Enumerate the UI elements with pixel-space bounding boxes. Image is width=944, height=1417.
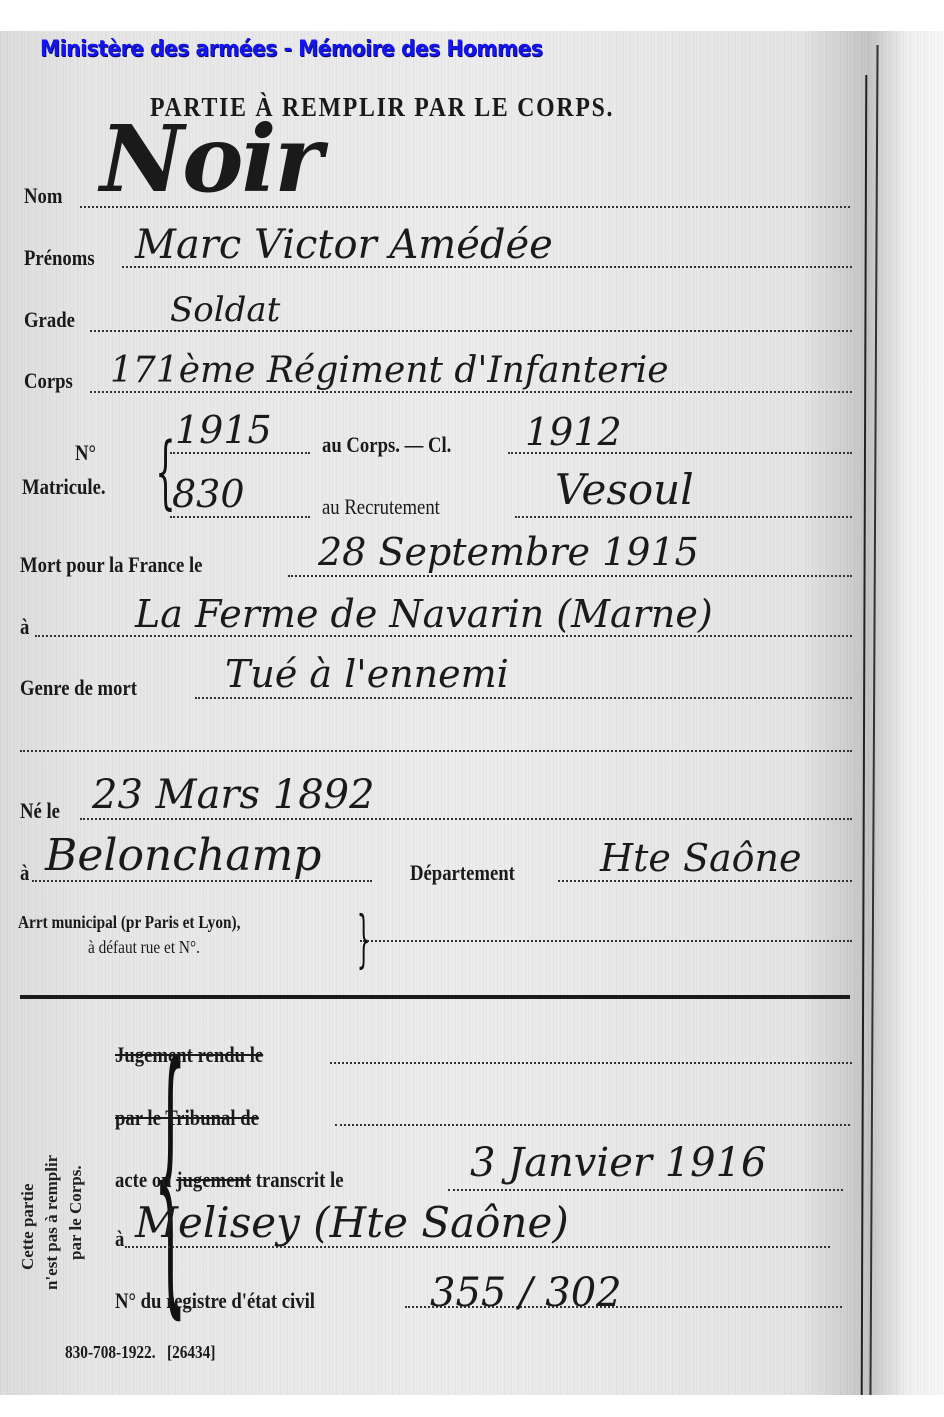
- arrondissement-brace: {: [357, 902, 371, 975]
- form-print-code: 830-708-1922. [26434]: [65, 1342, 215, 1363]
- matricule-corps-line: [170, 452, 310, 454]
- corps-label: Corps: [24, 368, 73, 394]
- jugement-label: Jugement rendu le: [115, 1042, 263, 1068]
- side-note-line: n'est pas à remplir: [42, 1155, 62, 1290]
- matricule-no-label: N°: [75, 440, 96, 466]
- mort-value: 28 Septembre 1915: [318, 530, 699, 574]
- lieu-mort-label: à: [20, 614, 29, 640]
- departement-line: [558, 880, 852, 882]
- lieu-mort-value: La Ferme de Navarin (Marne): [135, 592, 713, 636]
- lieu-naissance-label: à: [20, 860, 29, 886]
- corps-line: [90, 391, 852, 393]
- registre-label: N° du registre d'état civil: [115, 1288, 315, 1314]
- recrutement-place: Vesoul: [555, 465, 694, 514]
- arrondissement-line: [360, 940, 852, 942]
- classe-value: 1912: [525, 410, 622, 454]
- nom-label: Nom: [24, 183, 62, 209]
- genre-mort-line: [195, 697, 852, 699]
- registre-value: 355 / 302: [430, 1270, 622, 1316]
- genre-mort-value: Tué à l'ennemi: [225, 652, 509, 696]
- tribunal-label: par le Tribunal de: [115, 1105, 259, 1131]
- transcrit-label-strike: jugement: [176, 1167, 251, 1192]
- departement-label: Département: [410, 860, 515, 886]
- arrondissement-label: Arrt municipal (pr Paris et Lyon),: [18, 912, 240, 933]
- matricule-recrutement-line: [170, 516, 310, 518]
- section-divider: [20, 995, 850, 999]
- transcrit-label: acte ou jugement transcrit le: [115, 1167, 343, 1193]
- transcrit-label-b: transcrit le: [256, 1167, 344, 1192]
- lieu-transcrit-label: à: [115, 1226, 124, 1252]
- mort-label: Mort pour la France le: [20, 552, 202, 578]
- prenoms-label: Prénoms: [24, 245, 95, 271]
- au-corps-label: au Corps. — Cl.: [322, 432, 451, 458]
- grade-label: Grade: [24, 307, 75, 333]
- source-watermark: Ministère des armées - Mémoire des Homme…: [40, 37, 542, 62]
- jugement-line: [330, 1062, 852, 1064]
- corps-value: 171ème Régiment d'Infanterie: [110, 350, 669, 391]
- matricule-corps-value: 1915: [175, 408, 272, 452]
- matricule-label: Matricule.: [22, 474, 106, 500]
- au-recrutement-label: au Recrutement: [322, 494, 440, 520]
- prenoms-value: Marc Victor Amédée: [135, 222, 553, 268]
- transcrit-label-a: acte ou: [115, 1167, 172, 1192]
- transcrit-value: 3 Janvier 1916: [470, 1140, 767, 1186]
- matricule-recrutement-value: 830: [172, 472, 245, 516]
- departement-value: Hte Saône: [600, 836, 802, 880]
- lieu-transcrit-value: Melisey (Hte Saône): [135, 1198, 569, 1247]
- lieu-naissance-value: Belonchamp: [45, 830, 321, 881]
- side-note-line: Cette partie: [18, 1184, 38, 1270]
- arrondissement-sublabel: à défaut rue et N°.: [88, 937, 200, 958]
- grade-line: [90, 330, 852, 332]
- naissance-line: [80, 818, 852, 820]
- blank-line: [20, 750, 852, 752]
- tribunal-line: [335, 1124, 850, 1126]
- mort-line: [288, 575, 852, 577]
- transcrit-line: [448, 1189, 843, 1191]
- naissance-label: Né le: [20, 798, 60, 824]
- grade-value: Soldat: [170, 290, 280, 330]
- nom-value: Noir: [100, 105, 321, 213]
- naissance-value: 23 Mars 1892: [92, 772, 375, 818]
- recrutement-line: [515, 516, 852, 518]
- genre-mort-label: Genre de mort: [20, 675, 137, 701]
- side-note: Cette partie n'est pas à remplir par le …: [18, 1090, 108, 1270]
- side-note-line: par le Corps.: [66, 1165, 86, 1260]
